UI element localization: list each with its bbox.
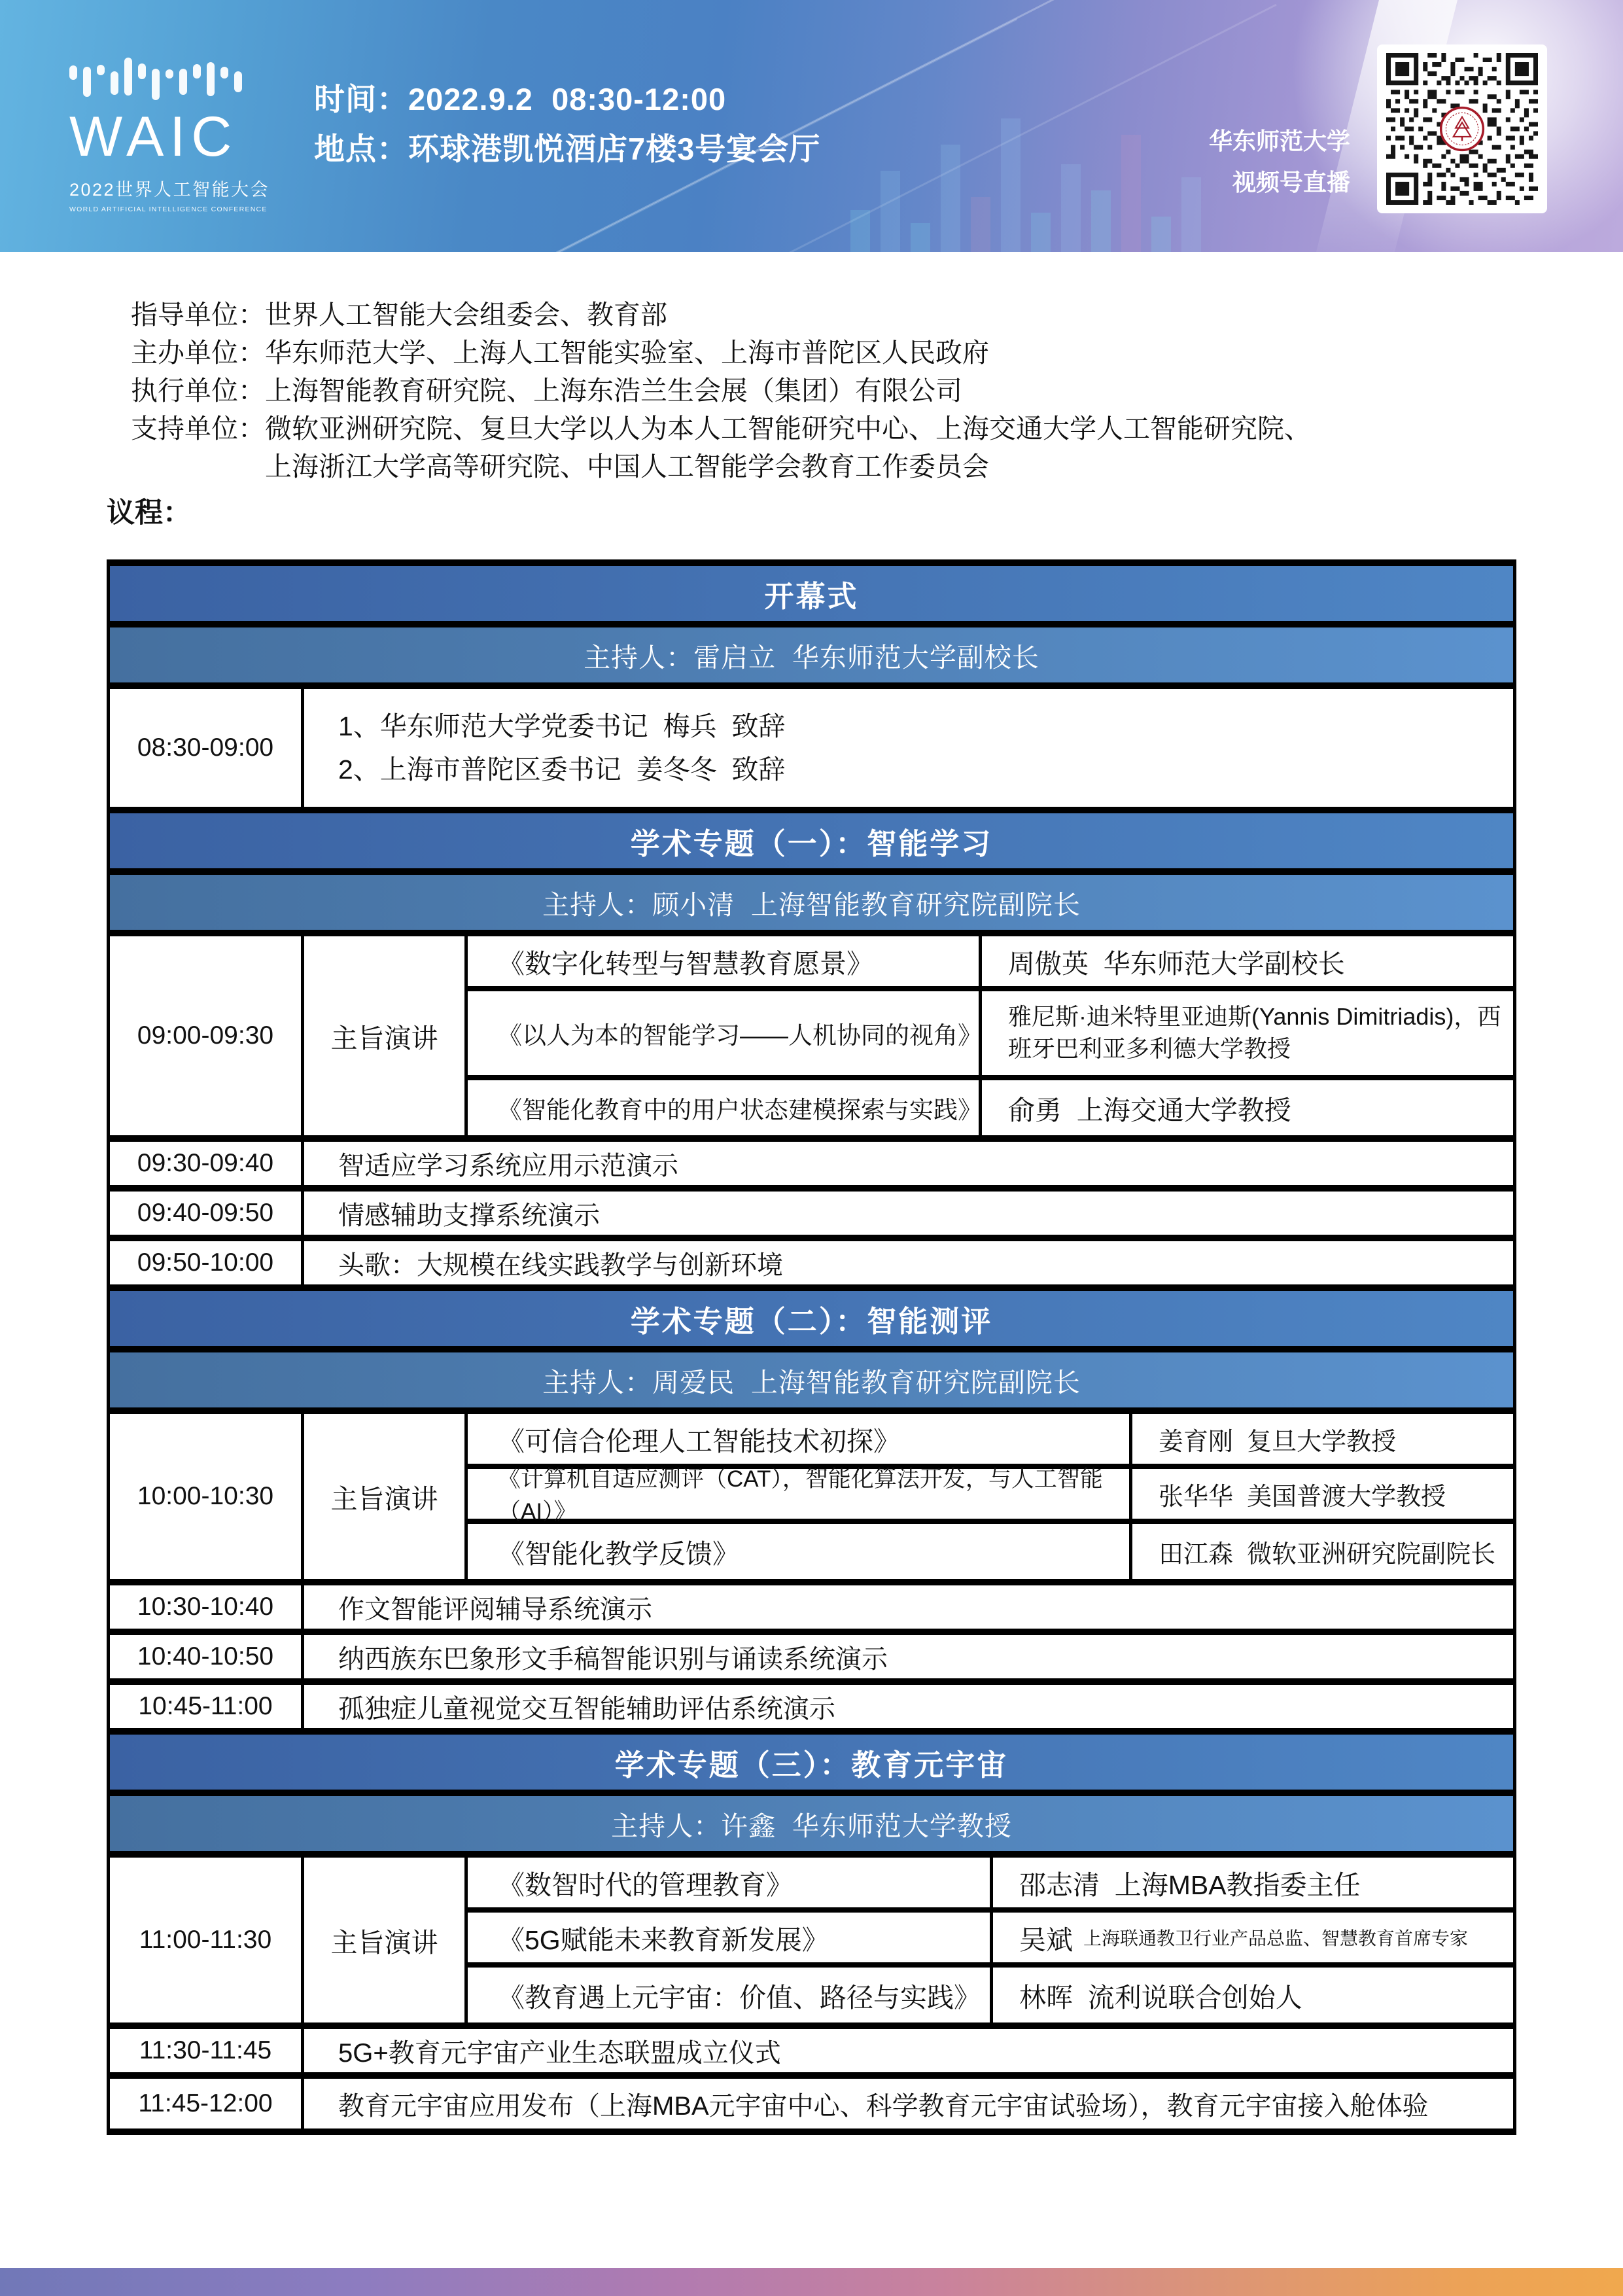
talk-title: 《以人为本的智能学习——人机协同的视角》 bbox=[468, 991, 982, 1075]
time-cell: 08:30-09:00 bbox=[110, 689, 304, 807]
moderator-row-opening: 主持人：雷启立 华东师范大学副校长 bbox=[110, 627, 1513, 689]
footer-gradient-bar bbox=[0, 2268, 1623, 2296]
org-line-host: 主办单位： 华东师范大学、上海人工智能实验室、上海市普陀区人民政府 bbox=[131, 334, 1311, 372]
table-row: 10:45-11:00 孤独症儿童视觉交互智能辅助评估系统演示 bbox=[110, 1685, 1513, 1735]
qr-code bbox=[1377, 44, 1547, 213]
talk-speaker: 周傲英 华东师范大学副校长 bbox=[982, 936, 1513, 986]
org-value: 微软亚洲研究院、复旦大学以人为本人工智能研究中心、上海交通大学人工智能研究院、 bbox=[265, 410, 1311, 448]
time-cell: 10:00-10:30 bbox=[110, 1414, 304, 1579]
demo-text: 纳西族东巴象形文手稿智能识别与诵读系统演示 bbox=[304, 1635, 1513, 1678]
demo-text: 孤独症儿童视觉交互智能辅助评估系统演示 bbox=[304, 1685, 1513, 1728]
org-value: 上海浙江大学高等研究院、中国人工智能学会教育工作委员会 bbox=[265, 448, 989, 486]
talk-title: 《数智时代的管理教育》 bbox=[468, 1858, 993, 1907]
time-cell: 09:40-09:50 bbox=[110, 1192, 304, 1235]
open-item: 1、华东师范大学党委书记 梅兵 致辞 bbox=[338, 705, 1513, 748]
keynote-type: 主旨演讲 bbox=[304, 1858, 468, 2022]
talk-row: 《以人为本的智能学习——人机协同的视角》 雅尼斯·迪米特里亚迪斯(Yannis … bbox=[468, 991, 1513, 1080]
logo-subtitle-en: WORLD ARTIFICIAL INTELLIGENCE CONFERENCE bbox=[69, 205, 270, 213]
org-value: 华东师范大学、上海人工智能实验室、上海市普陀区人民政府 bbox=[265, 334, 989, 372]
time-cell: 11:00-11:30 bbox=[110, 1858, 304, 2022]
demo-text: 作文智能评阅辅导系统演示 bbox=[304, 1585, 1513, 1629]
organizers: 指导单位： 世界人工智能大会组委会、教育部 主办单位： 华东师范大学、上海人工智… bbox=[131, 296, 1311, 486]
keynote-type: 主旨演讲 bbox=[304, 936, 468, 1135]
talk-row: 《智能化教学反馈》 田江森 微软亚洲研究院副院长 bbox=[468, 1524, 1513, 1579]
speaker-affiliation: 上海联通教卫行业产品总监、智慧教育首席专家 bbox=[1083, 1924, 1468, 1951]
time-cell: 09:00-09:30 bbox=[110, 936, 304, 1135]
event-location: 地点：环球港凯悦酒店7楼3号宴会厅 bbox=[314, 133, 820, 164]
org-line-guidance: 指导单位： 世界人工智能大会组委会、教育部 bbox=[131, 296, 1311, 334]
talk-title: 《可信合伦理人工智能技术初探》 bbox=[468, 1414, 1132, 1464]
talk-speaker: 林晖 流利说联合创始人 bbox=[993, 1968, 1513, 2022]
talk-list: 《数智时代的管理教育》 邵志清 上海MBA教指委主任 《5G赋能未来教育新发展》… bbox=[468, 1858, 1513, 2022]
talk-row: 《智能化教育中的用户状态建模探索与实践》 俞勇 上海交通大学教授 bbox=[468, 1080, 1513, 1135]
keynote-row: 09:00-09:30 主旨演讲 《数字化转型与智慧教育愿景》 周傲英 华东师范… bbox=[110, 936, 1513, 1142]
talk-title: 《5G赋能未来教育新发展》 bbox=[468, 1913, 993, 1962]
talk-row: 《5G赋能未来教育新发展》 吴斌 上海联通教卫行业产品总监、智慧教育首席专家 bbox=[468, 1913, 1513, 1968]
demo-text: 教育元宇宙应用发布（上海MBA元宇宙中心、科学教育元宇宙试验场），教育元宇宙接入… bbox=[304, 2079, 1513, 2128]
demo-text: 头歌：大规模在线实践教学与创新环境 bbox=[304, 1241, 1513, 1284]
stream-channel: 视频号直播 bbox=[1209, 162, 1350, 203]
event-time: 时间：2022.9.2 08:30-12:00 bbox=[314, 84, 820, 115]
demo-text: 智适应学习系统应用示范演示 bbox=[304, 1142, 1513, 1185]
demo-text: 情感辅助支撑系统演示 bbox=[304, 1192, 1513, 1235]
talk-title: 《数字化转型与智慧教育愿景》 bbox=[468, 936, 982, 986]
keynote-row: 10:00-10:30 主旨演讲 《可信合伦理人工智能技术初探》 姜育刚 复旦大… bbox=[110, 1414, 1513, 1585]
table-row: 10:30-10:40 作文智能评阅辅导系统演示 bbox=[110, 1585, 1513, 1635]
talk-speaker: 田江森 微软亚洲研究院副院长 bbox=[1132, 1524, 1513, 1579]
waic-wordmark: WAIC bbox=[69, 109, 270, 165]
table-row: 11:30-11:45 5G+教育元宇宙产业生态联盟成立仪式 bbox=[110, 2029, 1513, 2079]
speaker-name: 吴斌 bbox=[1019, 1918, 1073, 1957]
org-label: 支持单位： bbox=[131, 410, 265, 448]
section-header-topic1: 学术专题（一）：智能学习 bbox=[110, 813, 1513, 875]
org-label: 指导单位： bbox=[131, 296, 265, 334]
talk-speaker: 吴斌 上海联通教卫行业产品总监、智慧教育首席专家 bbox=[993, 1913, 1513, 1962]
org-value: 世界人工智能大会组委会、教育部 bbox=[265, 296, 667, 334]
moderator-row-topic2: 主持人：周爱民 上海智能教育研究院副院长 bbox=[110, 1352, 1513, 1414]
time-cell: 09:50-10:00 bbox=[110, 1241, 304, 1284]
table-row: 09:40-09:50 情感辅助支撑系统演示 bbox=[110, 1192, 1513, 1241]
org-line-support-cont: 上海浙江大学高等研究院、中国人工智能学会教育工作委员会 bbox=[131, 448, 1311, 486]
org-label: 主办单位： bbox=[131, 334, 265, 372]
time-cell: 10:30-10:40 bbox=[110, 1585, 304, 1629]
moderator-row-topic1: 主持人：顾小清 上海智能教育研究院副院长 bbox=[110, 875, 1513, 936]
stream-org: 华东师范大学 bbox=[1209, 120, 1350, 162]
table-row: 10:40-10:50 纳西族东巴象形文手稿智能识别与诵读系统演示 bbox=[110, 1635, 1513, 1685]
talk-speaker: 雅尼斯·迪米特里亚迪斯(Yannis Dimitriadis)，西班牙巴利亚多利… bbox=[982, 991, 1513, 1075]
table-row: 09:50-10:00 头歌：大规模在线实践教学与创新环境 bbox=[110, 1241, 1513, 1291]
org-line-support: 支持单位： 微软亚洲研究院、复旦大学以人为本人工智能研究中心、上海交通大学人工智… bbox=[131, 410, 1311, 448]
time-cell: 09:30-09:40 bbox=[110, 1142, 304, 1185]
keynote-type: 主旨演讲 bbox=[304, 1414, 468, 1579]
talk-list: 《数字化转型与智慧教育愿景》 周傲英 华东师范大学副校长 《以人为本的智能学习—… bbox=[468, 936, 1513, 1135]
talk-row: 《数智时代的管理教育》 邵志清 上海MBA教指委主任 bbox=[468, 1858, 1513, 1913]
talk-row: 《教育遇上元宇宙：价值、路径与实践》 林晖 流利说联合创始人 bbox=[468, 1968, 1513, 2022]
soundwave-icon bbox=[69, 54, 270, 102]
table-row: 11:45-12:00 教育元宇宙应用发布（上海MBA元宇宙中心、科学教育元宇宙… bbox=[110, 2079, 1513, 2128]
time-cell: 11:45-12:00 bbox=[110, 2079, 304, 2128]
talk-speaker: 姜育刚 复旦大学教授 bbox=[1132, 1414, 1513, 1464]
org-line-executor: 执行单位： 上海智能教育研究院、上海东浩兰生会展（集团）有限公司 bbox=[131, 372, 1311, 410]
talk-title: 《教育遇上元宇宙：价值、路径与实践》 bbox=[468, 1968, 993, 2022]
talk-row: 《数字化转型与智慧教育愿景》 周傲英 华东师范大学副校长 bbox=[468, 936, 1513, 991]
open-items: 1、华东师范大学党委书记 梅兵 致辞 2、上海市普陀区委书记 姜冬冬 致辞 bbox=[304, 689, 1513, 807]
talk-row: 《计算机自适应测评（CAT），智能化算法开发，与人工智能（AI）》 张华华 美国… bbox=[468, 1469, 1513, 1524]
keynote-row: 11:00-11:30 主旨演讲 《数智时代的管理教育》 邵志清 上海MBA教指… bbox=[110, 1858, 1513, 2029]
demo-text: 5G+教育元宇宙产业生态联盟成立仪式 bbox=[304, 2029, 1513, 2072]
qr-pattern bbox=[1386, 53, 1538, 205]
banner: WAIC 2022世界人工智能大会 WORLD ARTIFICIAL INTEL… bbox=[0, 0, 1623, 252]
ecnu-seal-icon bbox=[1441, 108, 1484, 150]
talk-speaker: 俞勇 上海交通大学教授 bbox=[982, 1080, 1513, 1135]
talk-speaker: 邵志清 上海MBA教指委主任 bbox=[993, 1858, 1513, 1907]
time-cell: 10:45-11:00 bbox=[110, 1685, 304, 1728]
agenda-table: 开幕式 主持人：雷启立 华东师范大学副校长 08:30-09:00 1、华东师范… bbox=[107, 559, 1516, 2135]
section-header-topic2: 学术专题（二）：智能测评 bbox=[110, 1291, 1513, 1352]
livestream-label: 华东师范大学 视频号直播 bbox=[1209, 120, 1350, 203]
talk-title: 《智能化教育中的用户状态建模探索与实践》 bbox=[468, 1080, 982, 1135]
open-item: 2、上海市普陀区委书记 姜冬冬 致辞 bbox=[338, 748, 1513, 791]
section-header-topic3: 学术专题（三）：教育元宇宙 bbox=[110, 1735, 1513, 1796]
event-datetime-block: 时间：2022.9.2 08:30-12:00 地点：环球港凯悦酒店7楼3号宴会… bbox=[314, 84, 820, 164]
talk-list: 《可信合伦理人工智能技术初探》 姜育刚 复旦大学教授 《计算机自适应测评（CAT… bbox=[468, 1414, 1513, 1579]
org-label bbox=[131, 448, 265, 486]
org-value: 上海智能教育研究院、上海东浩兰生会展（集团）有限公司 bbox=[265, 372, 962, 410]
cityscape-decoration bbox=[850, 118, 1201, 252]
agenda-label: 议程： bbox=[107, 491, 191, 531]
time-cell: 10:40-10:50 bbox=[110, 1635, 304, 1678]
waic-logo: WAIC 2022世界人工智能大会 WORLD ARTIFICIAL INTEL… bbox=[69, 54, 270, 213]
time-cell: 11:30-11:45 bbox=[110, 2029, 304, 2072]
org-label: 执行单位： bbox=[131, 372, 265, 410]
table-row: 09:30-09:40 智适应学习系统应用示范演示 bbox=[110, 1142, 1513, 1192]
talk-title: 《计算机自适应测评（CAT），智能化算法开发，与人工智能（AI）》 bbox=[468, 1469, 1132, 1519]
logo-subtitle-cn: 2022世界人工智能大会 bbox=[69, 175, 270, 201]
talk-speaker: 张华华 美国普渡大学教授 bbox=[1132, 1469, 1513, 1519]
talk-title: 《智能化教学反馈》 bbox=[468, 1524, 1132, 1579]
table-row: 08:30-09:00 1、华东师范大学党委书记 梅兵 致辞 2、上海市普陀区委… bbox=[110, 689, 1513, 813]
section-header-opening: 开幕式 bbox=[110, 566, 1513, 627]
moderator-row-topic3: 主持人：许鑫 华东师范大学教授 bbox=[110, 1796, 1513, 1858]
